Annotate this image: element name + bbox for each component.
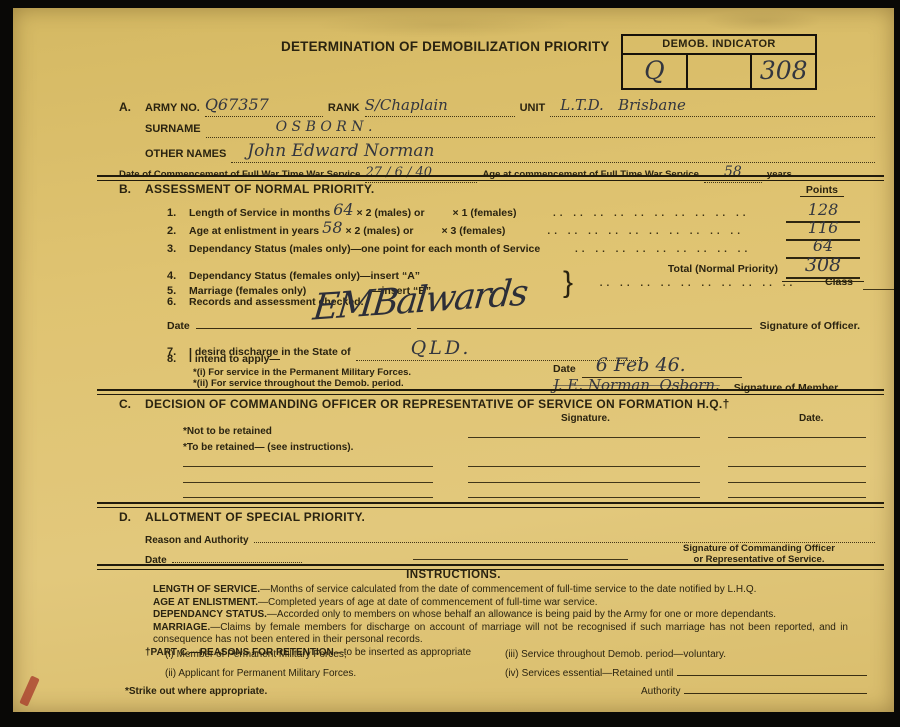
unit-label: UNIT <box>520 102 546 114</box>
instruction-length-of-service: LENGTH OF SERVICE.—Months of service cal… <box>153 584 848 597</box>
c-signature-line <box>468 436 700 438</box>
retained-until-line <box>677 675 867 676</box>
b2-points-value: 116 <box>808 218 839 237</box>
class-label: Class <box>825 276 853 288</box>
demob-indicator-label: DEMOB. INDICATOR <box>623 36 815 55</box>
brace-glyph: } <box>563 266 573 300</box>
dot-leader: .. .. .. .. .. .. .. .. .. .. <box>516 208 786 219</box>
row-member-date: Date 6 Feb 46. <box>553 355 860 378</box>
b8-sub2: *(ii) For service throughout the Demob. … <box>193 378 404 389</box>
member-date-label: Date <box>553 363 576 375</box>
surname-label: SURNAME <box>145 123 201 135</box>
b2-age-value: 58 <box>322 218 342 237</box>
section-d-letter: D. <box>119 510 145 524</box>
retention-item-i: (i) Member of Permanent Military Forces; <box>165 649 347 660</box>
other-names-label: OTHER NAMES <box>145 148 226 160</box>
rank-value: S/Chaplain <box>365 96 448 114</box>
reason-authority-line <box>254 528 875 543</box>
rank-field: S/Chaplain <box>365 97 515 117</box>
authority-line <box>684 693 867 694</box>
d-signature-caption: Signature of Commanding Officer or Repre… <box>649 543 869 565</box>
other-names-field: John Edward Norman <box>231 142 875 163</box>
b1-points-value: 128 <box>808 200 839 219</box>
army-no-field: Q67357 <box>205 96 323 117</box>
form-title: DETERMINATION OF DEMOBILIZATION PRIORITY <box>281 39 610 54</box>
b1-text: Length of Service in months <box>189 207 330 219</box>
c-blank-line <box>183 465 433 467</box>
b4-text: Dependancy Status (females only)—insert … <box>189 270 420 282</box>
demob-cell-3: 308 <box>750 55 815 88</box>
b2-text: Age at enlistment in years <box>189 225 319 237</box>
d-date-line <box>172 548 302 563</box>
dot-leader: .. .. .. .. .. .. .. .. .. .. <box>505 226 786 237</box>
authority-label: Authority <box>641 686 680 697</box>
instructions-title: INSTRUCTIONS. <box>13 569 894 581</box>
row-surname: SURNAME O S B O R N . <box>119 119 880 138</box>
signature-column-label: Signature. <box>561 413 610 424</box>
section-d-title: ALLOTMENT OF SPECIAL PRIORITY. <box>145 510 365 524</box>
section-d-header: D. ALLOTMENT OF SPECIAL PRIORITY. <box>119 510 365 524</box>
points-column-label: Points <box>800 184 844 197</box>
b1-months-value: 64 <box>333 200 353 219</box>
surname-field: O S B O R N . <box>206 119 875 138</box>
instruction-age-at-enlistment: AGE AT ENLISTMENT.—Completed years of ag… <box>153 597 848 610</box>
row-b8: 8. I intend to apply— <box>167 353 280 365</box>
section-c-header: C. DECISION OF COMMANDING OFFICER OR REP… <box>119 397 730 411</box>
c-blank-line <box>183 481 433 483</box>
b3-text: Dependancy Status (males only)—one point… <box>189 243 540 255</box>
member-date-value: 6 Feb 46. <box>582 354 686 376</box>
class-line <box>863 288 894 290</box>
dot-leader: .. .. .. .. .. .. .. .. .. .. <box>583 278 813 289</box>
officer-signature-line <box>417 328 752 329</box>
paper-stain <box>703 10 823 32</box>
b8-text: I intend to apply— <box>189 353 280 365</box>
section-b-title: ASSESSMENT OF NORMAL PRIORITY. <box>145 182 374 196</box>
section-c-title: DECISION OF COMMANDING OFFICER OR REPRES… <box>145 397 730 411</box>
row-army-rank-unit: A. ARMY NO. Q67357 RANK S/Chaplain UNIT … <box>119 96 880 117</box>
c-blank-line <box>728 465 866 467</box>
row-other-names: OTHER NAMES John Edward Norman <box>119 142 880 163</box>
unit-value: L.T.D. Brisbane <box>550 96 686 114</box>
date-label: Date <box>167 320 190 332</box>
not-retained-label: *Not to be retained <box>183 426 272 437</box>
section-divider <box>97 502 884 508</box>
scanned-form-page: { "doc": { "title": "DETERMINATION OF DE… <box>0 0 900 727</box>
army-no-label: ARMY NO. <box>145 102 200 114</box>
retention-item-iii: (iii) Service throughout Demob. period—v… <box>505 649 726 660</box>
c-blank-line <box>728 496 866 498</box>
c-blank-line <box>468 465 700 467</box>
demob-indicator-box: DEMOB. INDICATOR Q 308 <box>621 34 817 90</box>
c-blank-line <box>468 496 700 498</box>
authority-row: Authority <box>641 686 867 697</box>
section-a-letter: A. <box>119 100 145 114</box>
section-b-letter: B. <box>119 182 145 196</box>
other-names-value: John Edward Norman <box>231 141 434 161</box>
form-paper: DETERMINATION OF DEMOBILIZATION PRIORITY… <box>13 8 894 712</box>
retention-item-ii: (ii) Applicant for Permanent Military Fo… <box>165 668 356 679</box>
section-divider <box>97 389 884 395</box>
instruction-dependancy-status: DEPENDANCY STATUS.—Accorded only to memb… <box>153 609 848 622</box>
retention-item-iv: (iv) Services essential—Retained until <box>505 668 867 679</box>
date-line <box>196 328 411 329</box>
section-b-header: B. ASSESSMENT OF NORMAL PRIORITY. Points <box>119 182 860 197</box>
date-column-label: Date. <box>799 413 823 424</box>
d-signature-line <box>413 558 628 560</box>
rank-label: RANK <box>328 102 360 114</box>
c-blank-line <box>183 496 433 498</box>
red-pencil-mark <box>19 675 39 706</box>
c-blank-line <box>468 481 700 483</box>
instruction-marriage: MARRIAGE.—Claims by female members for d… <box>153 622 848 647</box>
member-date-line: 6 Feb 46. <box>582 355 742 378</box>
officer-signature-label: Signature of Officer. <box>760 320 860 332</box>
demob-cell-2 <box>686 55 751 88</box>
row-b-date-officer: Date Signature of Officer. <box>167 320 860 332</box>
b3-points-value: 64 <box>813 236 833 255</box>
strike-out-note: *Strike out where appropriate. <box>125 686 267 697</box>
surname-value: O S B O R N . <box>206 119 373 135</box>
reason-authority-label: Reason and Authority <box>145 535 249 546</box>
c-date-line <box>728 436 866 438</box>
army-no-value: Q67357 <box>205 95 269 114</box>
section-divider <box>97 175 884 181</box>
c-blank-line <box>728 481 866 483</box>
paper-stain <box>313 12 573 38</box>
section-c-letter: C. <box>119 397 145 411</box>
retained-label: *To be retained— (see instructions). <box>183 442 353 453</box>
row-b4: 4. Dependancy Status (females only)—inse… <box>167 270 420 282</box>
b8-sub1: *(i) For service in the Permanent Milita… <box>193 367 411 378</box>
dot-leader: .. .. .. .. .. .. .. .. .. <box>540 244 786 255</box>
demob-cell-1: Q <box>623 55 686 88</box>
unit-field: L.T.D. Brisbane <box>550 97 875 117</box>
